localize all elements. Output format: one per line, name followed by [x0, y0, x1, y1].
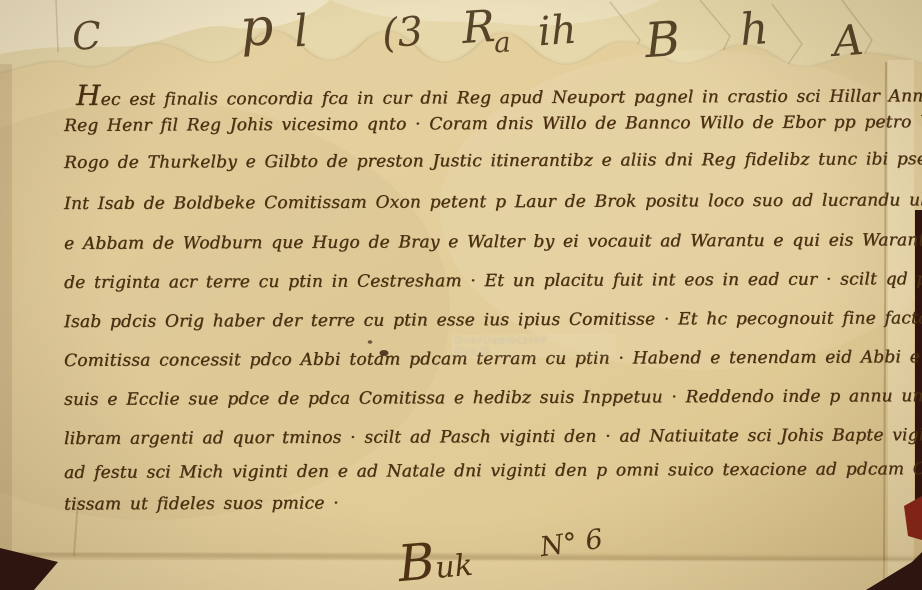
chirograph-letter: ih — [536, 7, 578, 56]
watermark-text-line: Ovz O — [455, 345, 613, 357]
text-line-10: libram argenti ad quor tminos · scilt ad… — [64, 427, 922, 448]
ink-blot-small — [368, 340, 373, 344]
chirograph-letter: p — [238, 0, 275, 59]
chirograph-letter: a — [493, 25, 512, 59]
text-line-4: Int Isab de Boldbeke Comitissam Oxon pet… — [64, 192, 922, 213]
chirograph-letter: l — [292, 6, 310, 58]
chirograph-letter: A — [831, 15, 865, 66]
text-line-11: ad festu sci Mich viginti den e ad Natal… — [64, 461, 922, 482]
chirograph-letter: h — [738, 3, 770, 56]
archive-watermark: OverOasiocaleP Ovz O — [452, 333, 616, 358]
text-line-2: Reg Henr fil Reg Johis vicesimo qnto · C… — [64, 114, 922, 135]
text-line-6: de triginta acr terre cu ptin in Cestres… — [64, 271, 922, 292]
text-line-12: tissam ut fideles suos pmice · — [64, 495, 339, 513]
chirograph-letter: R — [460, 1, 497, 54]
chirograph-letter: B — [643, 11, 682, 69]
text-line-5: e Abbam de Wodburn que Hugo de Bray e Wa… — [64, 232, 922, 253]
text-line-7: Isab pdcis Orig haber der terre cu ptin … — [64, 310, 922, 331]
text-line-1: Hec est finalis concordia fca in cur dni… — [76, 78, 922, 110]
text-line-9: suis e Ecclie sue pdce de pdca Comitissa… — [64, 388, 922, 409]
manuscript-photo: C p l (3 R a ih B h A Hec est finalis co… — [0, 0, 922, 590]
chirograph-letter: C — [71, 13, 103, 59]
left-edge-shading — [0, 64, 12, 590]
endorsement-county-mark: Buk — [396, 529, 475, 590]
chirograph-letter: (3 — [380, 9, 424, 58]
text-line-3: Rogo de Thurkelby e Gilbto de preston Ju… — [64, 151, 922, 172]
chirograph-letter-row: C p l (3 R a ih B h A — [0, 0, 922, 80]
